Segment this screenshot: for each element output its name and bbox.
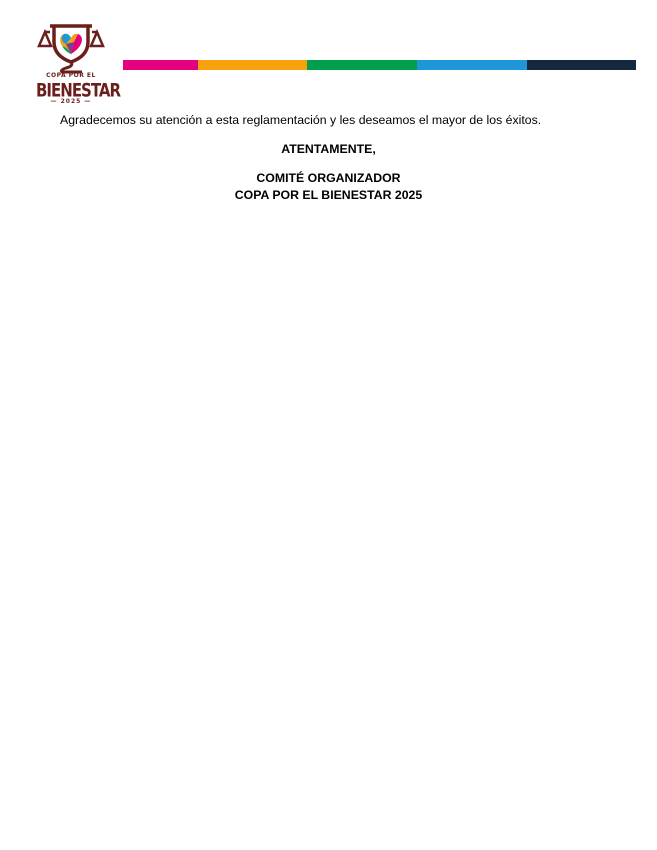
color-stripe-segment bbox=[198, 60, 307, 70]
copa-bienestar-logo: COPA POR EL BIENESTAR — 2025 — bbox=[36, 22, 106, 108]
color-stripe-segment bbox=[307, 60, 417, 70]
logo-tagline: COPA POR EL bbox=[36, 72, 106, 79]
signature-committee: COMITÉ ORGANIZADOR bbox=[0, 171, 657, 185]
closing-salutation: ATENTAMENTE, bbox=[0, 142, 657, 156]
color-stripe-segment bbox=[417, 60, 527, 70]
color-stripe-segment bbox=[123, 60, 198, 70]
trophy-heart-icon bbox=[36, 22, 106, 74]
color-stripe-bar bbox=[123, 60, 636, 70]
signature-event: COPA POR EL BIENESTAR 2025 bbox=[0, 188, 657, 202]
closing-paragraph: Agradecemos su atención a esta reglament… bbox=[60, 113, 541, 127]
logo-year: — 2025 — bbox=[36, 98, 106, 105]
color-stripe-segment bbox=[527, 60, 636, 70]
